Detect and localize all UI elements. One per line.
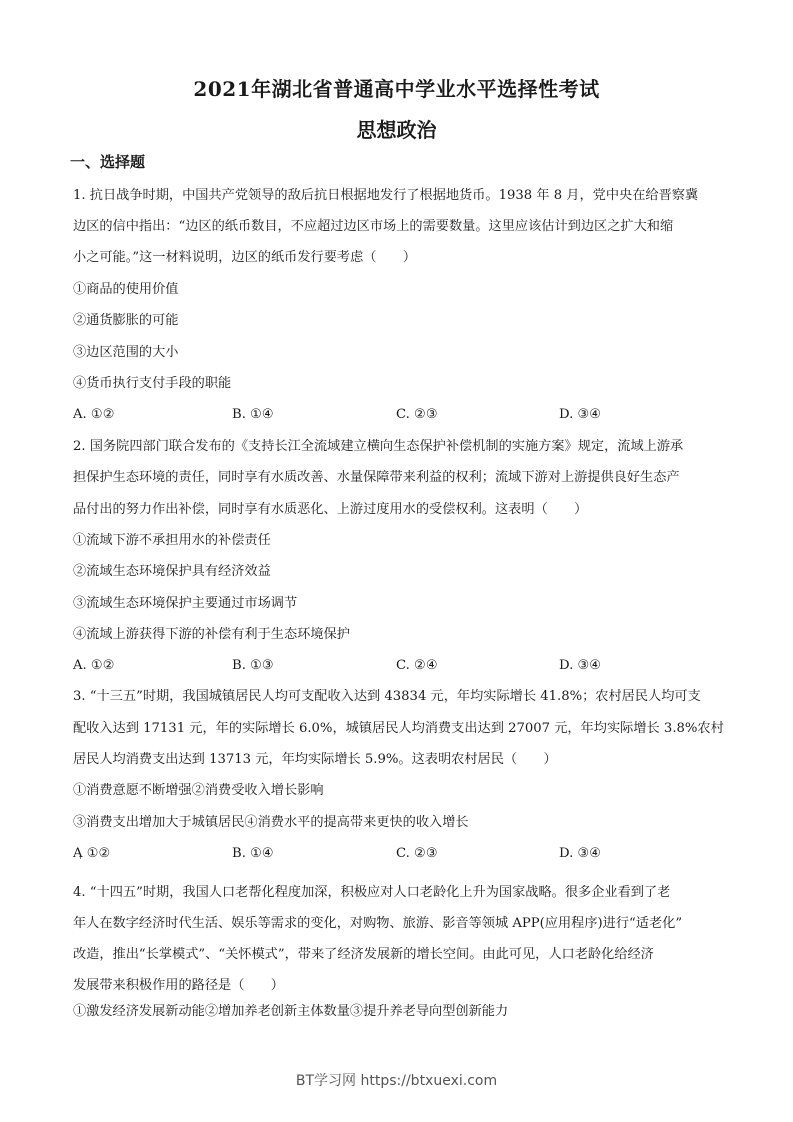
- statement: ①流域下游不承担用水的补偿责任: [73, 532, 733, 550]
- option-c[interactable]: C. ②③: [396, 845, 438, 863]
- option-a[interactable]: A ①②: [73, 845, 110, 863]
- watermark-footer: BT学习网 https://btxuexi.com: [0, 1070, 793, 1090]
- page-subtitle: 思想政治: [0, 114, 793, 143]
- question-stem-line: 发展带来积极作用的路径是（ ）: [73, 977, 733, 995]
- statement: ①消费意愿不断增强②消费受收入增长影响: [73, 782, 733, 800]
- statement: ③消费支出增加大于城镇居民④消费水平的提高带来更快的收入增长: [73, 814, 733, 832]
- stray-mark: [80, 857, 81, 859]
- option-c[interactable]: C. ②③: [396, 406, 438, 424]
- question-stem-line: 担保护生态环境的责任，同时享有水质改善、水量保障带来利益的权利；流域下游对上游提…: [73, 469, 733, 487]
- statement: ①商品的使用价值: [73, 281, 733, 299]
- question-stem-line: 2. 国务院四部门联合发布的《支持长江全流域建立横向生态保护补偿机制的实施方案》…: [73, 438, 733, 456]
- page-title: 2021年湖北省普通高中学业水平选择性考试: [0, 73, 793, 102]
- statement: ④货币执行支付手段的职能: [73, 375, 733, 393]
- option-b[interactable]: B. ①③: [232, 657, 274, 675]
- option-b[interactable]: B. ①④: [232, 406, 274, 424]
- question-stem-line: 1. 抗日战争时期，中国共产党领导的敌后抗日根据地发行了根据地货币。1938 年…: [73, 187, 733, 205]
- question-stem-line: 配收入达到 17131 元，年的实际增长 6.0%，城镇居民人均消费支出达到 2…: [73, 720, 733, 738]
- option-d[interactable]: D. ③④: [559, 657, 601, 675]
- section-heading: 一、选择题: [70, 151, 145, 172]
- statement: ②流域生态环境保护具有经济效益: [73, 563, 733, 581]
- statement: ②通货膨胀的可能: [73, 312, 733, 330]
- question-stem-line: 小之可能。”这一材料说明，边区的纸币发行要考虑（ ）: [73, 249, 733, 267]
- statement: ④流域上游获得下游的补偿有利于生态环境保护: [73, 626, 733, 644]
- question-stem-line: 居民人均消费支出达到 13713 元，年均实际增长 5.9%。这表明农村居民（ …: [73, 751, 733, 769]
- option-d[interactable]: D. ③④: [559, 845, 601, 863]
- question-stem-line: 年人在数字经济时代生活、娱乐等需求的变化，对购物、旅游、影音等领城 APP(应用…: [73, 915, 733, 933]
- option-b[interactable]: B. ①④: [232, 845, 274, 863]
- question-stem-line: 改造，推出“长掌模式”、“关怀模式”，带来了经济发展新的增长空间。由此可见，人口…: [73, 946, 733, 964]
- question-stem-line: 3. “十三五”时期，我国城镇居民人均可支配收入达到 43834 元，年均实际增…: [73, 688, 733, 706]
- statement: ①激发经济发展新动能②增加养老创新主体数量③提升养老导向型创新能力: [73, 1003, 733, 1021]
- question-stem-line: 4. “十四五”时期，我国人口老帮化程度加深，积极应对人口老龄化上升为国家战略。…: [73, 884, 733, 902]
- option-a[interactable]: A. ①②: [73, 406, 115, 424]
- option-a[interactable]: A. ①②: [73, 657, 115, 675]
- question-stem-line: 边区的信中指出：“边区的纸币数目，不应超过边区市场上的需要数量。这里应该估计到边…: [73, 218, 733, 236]
- option-c[interactable]: C. ②④: [396, 657, 438, 675]
- statement: ③流域生态环境保护主要通过市场调节: [73, 595, 733, 613]
- option-d[interactable]: D. ③④: [559, 406, 601, 424]
- question-stem-line: 品付出的努力作出补偿，同时享有水质恶化、上游过度用水的受偿权利。这表明（ ）: [73, 501, 733, 519]
- statement: ③边区范围的大小: [73, 344, 733, 362]
